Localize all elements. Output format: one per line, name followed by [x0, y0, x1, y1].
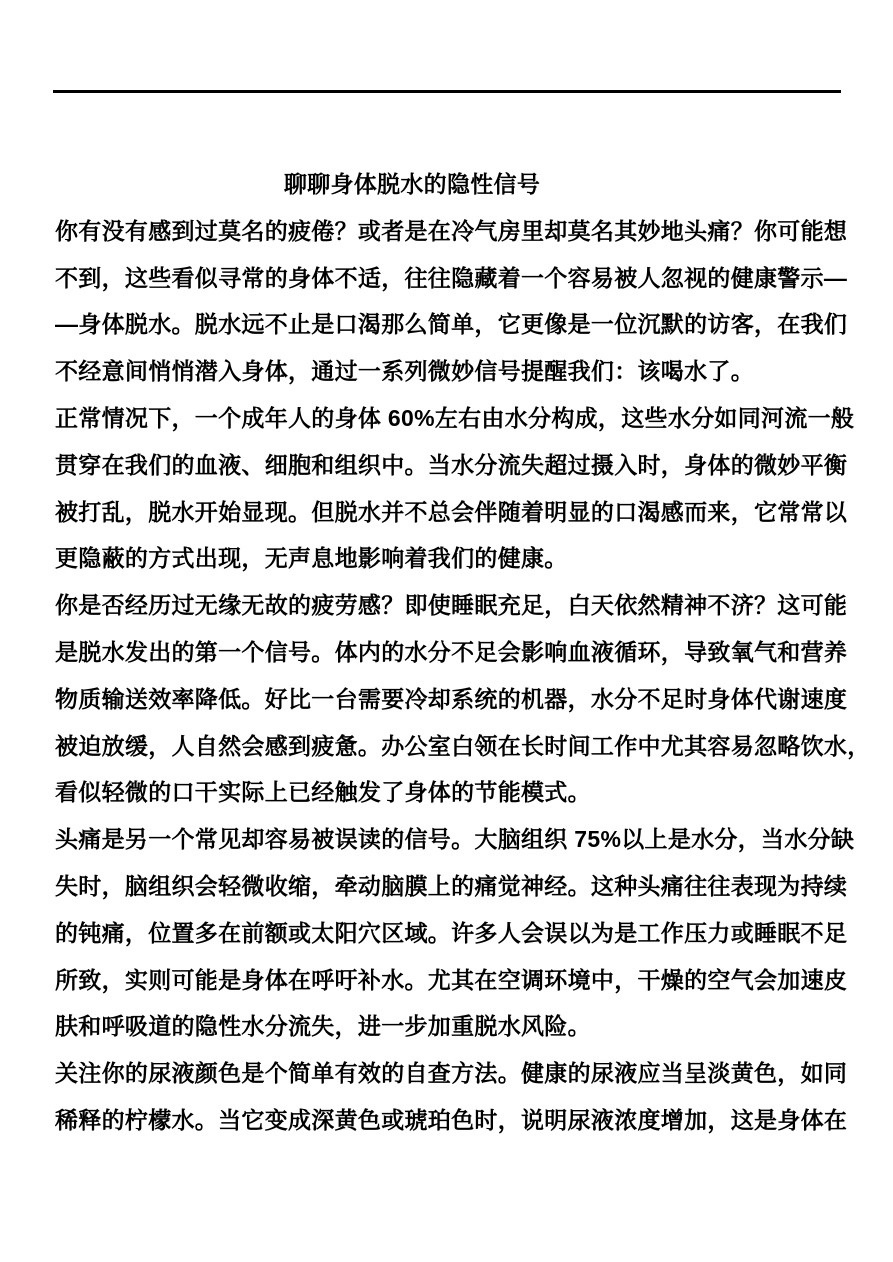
text-line: 被打乱，脱水开始显现。但脱水并不总会伴随着明显的口渴感而来，它常常以: [55, 489, 841, 536]
document-body: 聊聊身体脱水的隐性信号 你有没有感到过莫名的疲倦？或者是在冷气房里却莫名其妙地头…: [55, 161, 841, 1144]
text-line: 关注你的尿液颜色是个简单有效的自查方法。健康的尿液应当呈淡黄色，如同: [55, 1050, 841, 1097]
text-line: 肤和呼吸道的隐性水分流失，进一步加重脱水风险。: [55, 1003, 841, 1050]
text-line: 物质输送效率降低。好比一台需要冷却系统的机器，水分不足时身体代谢速度: [55, 676, 841, 723]
text-line: 头痛是另一个常见却容易被误读的信号。大脑组织 75%以上是水分，当水分缺: [55, 816, 841, 863]
text-line: 不到，这些看似寻常的身体不适，往往隐藏着一个容易被人忽视的健康警示—: [55, 255, 841, 302]
text-line: 是脱水发出的第一个信号。体内的水分不足会影响血液循环，导致氧气和营养: [55, 629, 841, 676]
document-page: 聊聊身体脱水的隐性信号 你有没有感到过莫名的疲倦？或者是在冷气房里却莫名其妙地头…: [0, 0, 893, 1262]
paragraph-5: 关注你的尿液颜色是个简单有效的自查方法。健康的尿液应当呈淡黄色，如同 稀释的柠檬…: [55, 1050, 841, 1144]
text-line: 所致，实则可能是身体在呼吁补水。尤其在空调环境中，干燥的空气会加速皮: [55, 957, 841, 1004]
text-line: 正常情况下，一个成年人的身体 60%左右由水分构成，这些水分如同河流一般: [55, 395, 841, 442]
text-line: 你是否经历过无缘无故的疲劳感？即使睡眠充足，白天依然精神不济？这可能: [55, 582, 841, 629]
header-divider-rule: [53, 90, 841, 93]
paragraph-4: 头痛是另一个常见却容易被误读的信号。大脑组织 75%以上是水分，当水分缺 失时，…: [55, 816, 841, 1050]
text-line: 被迫放缓，人自然会感到疲惫。办公室白领在长时间工作中尤其容易忽略饮水，: [55, 723, 841, 770]
text-line: 看似轻微的口干实际上已经触发了身体的节能模式。: [55, 769, 841, 816]
text-line: 贯穿在我们的血液、细胞和组织中。当水分流失超过摄入时，身体的微妙平衡: [55, 442, 841, 489]
paragraph-3: 你是否经历过无缘无故的疲劳感？即使睡眠充足，白天依然精神不济？这可能 是脱水发出…: [55, 582, 841, 816]
text-line: 更隐蔽的方式出现，无声息地影响着我们的健康。: [55, 535, 841, 582]
document-title: 聊聊身体脱水的隐性信号: [55, 161, 769, 208]
text-line: 失时，脑组织会轻微收缩，牵动脑膜上的痛觉神经。这种头痛往往表现为持续: [55, 863, 841, 910]
text-line: 你有没有感到过莫名的疲倦？或者是在冷气房里却莫名其妙地头痛？你可能想: [55, 208, 841, 255]
paragraph-1: 你有没有感到过莫名的疲倦？或者是在冷气房里却莫名其妙地头痛？你可能想 不到，这些…: [55, 208, 841, 395]
text-line: 的钝痛，位置多在前额或太阳穴区域。许多人会误以为是工作压力或睡眠不足: [55, 910, 841, 957]
text-line: 稀释的柠檬水。当它变成深黄色或琥珀色时，说明尿液浓度增加，这是身体在: [55, 1097, 841, 1144]
text-line: —身体脱水。脱水远不止是口渴那么简单，它更像是一位沉默的访客，在我们: [55, 301, 841, 348]
paragraph-2: 正常情况下，一个成年人的身体 60%左右由水分构成，这些水分如同河流一般 贯穿在…: [55, 395, 841, 582]
text-line: 不经意间悄悄潜入身体，通过一系列微妙信号提醒我们：该喝水了。: [55, 348, 841, 395]
